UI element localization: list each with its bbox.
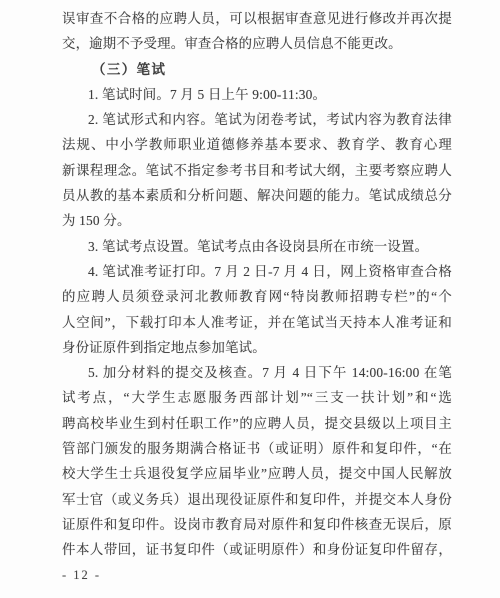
text-line: 1. 笔试时间。7 月 5 日上午 9:00-11:30。 bbox=[62, 82, 452, 107]
text-line: 为 150 分。 bbox=[62, 208, 452, 233]
text-line: 的应聘人员须登录河北教师教育网“特岗教师招聘专栏”的“个 bbox=[62, 284, 452, 309]
text-line: 交，逾期不予受理。审查合格的应聘人员信息不能更改。 bbox=[62, 31, 452, 56]
text-line: 4. 笔试准考证打印。7 月 2 日-7 月 4 日，网上资格审查合格 bbox=[62, 259, 452, 284]
text-line: 3. 笔试考点设置。笔试考点由各设岗县所在市统一设置。 bbox=[62, 234, 452, 259]
document-text-block: 误审查不合格的应聘人员，可以根据审查意见进行修改并再次提 交，逾期不予受理。审查… bbox=[62, 6, 452, 563]
text-line: 校大学生士兵退役复学应届毕业”应聘人员，提交中国人民解放 bbox=[62, 461, 452, 486]
text-line: 证原件和复印件。设岗市教育局对原件和复印件核查无误后，原 bbox=[62, 512, 452, 537]
text-line: 5. 加分材料的提交及核查。7 月 4 日下午 14:00-16:00 在笔 bbox=[62, 360, 452, 385]
text-line: 管部门颁发的服务期满合格证书（或证明）原件和复印件，“在 bbox=[62, 436, 452, 461]
text-line: 员从教的基本素质和分析问题、解决问题的能力。笔试成绩总分 bbox=[62, 183, 452, 208]
text-line: 法规、中小学教师职业道德修养基本要求、教育学、教育心理学、 bbox=[62, 132, 452, 157]
text-line: 聘高校毕业生到村任职工作”的应聘人员，提交县级以上项目主 bbox=[62, 411, 452, 436]
section-heading: （三）笔试 bbox=[62, 57, 452, 82]
text-line: 2. 笔试形式和内容。笔试为闭卷考试，考试内容为教育法律 bbox=[62, 107, 452, 132]
document-page: 误审查不合格的应聘人员，可以根据审查意见进行修改并再次提 交，逾期不予受理。审查… bbox=[0, 0, 500, 598]
text-line: 件本人带回，证书复印件（或证明原件）和身份证复印件留存， bbox=[62, 537, 452, 562]
text-line: 试考点，“大学生志愿服务西部计划”“三支一扶计划”和“选 bbox=[62, 385, 452, 410]
page-number: - 12 - bbox=[62, 566, 101, 584]
text-line: 身份证原件到指定地点参加笔试。 bbox=[62, 335, 452, 360]
text-line: 新课程理念。笔试不指定参考书目和考试大纲，主要考察应聘人 bbox=[62, 158, 452, 183]
text-line: 人空间”，下载打印本人准考证，并在笔试当天持本人准考证和 bbox=[62, 310, 452, 335]
text-line: 误审查不合格的应聘人员，可以根据审查意见进行修改并再次提 bbox=[62, 6, 452, 31]
text-line: 军士官（或义务兵）退出现役证原件和复印件，并提交本人身份 bbox=[62, 487, 452, 512]
